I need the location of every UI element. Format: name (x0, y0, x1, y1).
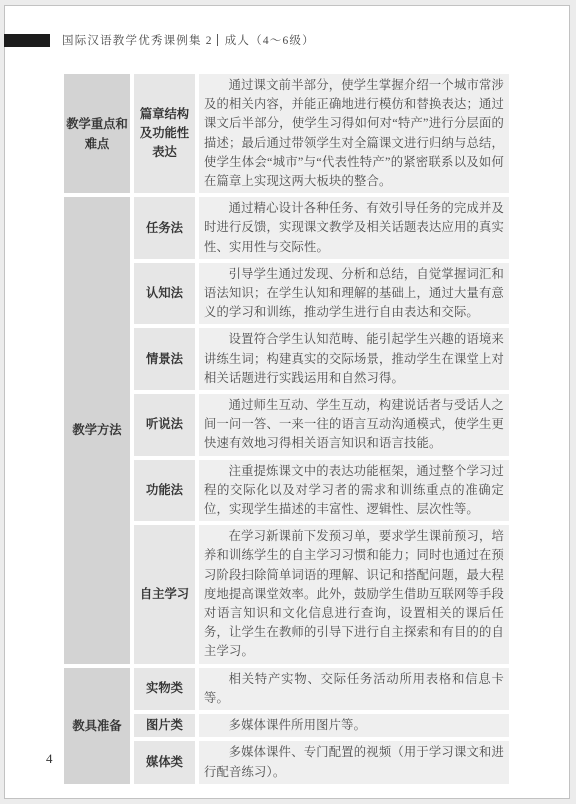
row-text-task-method: 通过精心设计各种任务、有效引导任务的完成并及时进行反馈，实现课文教学及相关话题表… (199, 197, 509, 259)
row-text-discourse-structure: 通过课文前半部分，使学生掌握介绍一个城市常涉及的相关内容，并能正确地进行模仿和替… (199, 74, 509, 193)
row-text-autonomous-learning: 在学习新课前下发预习单，要求学生课前预习，培养和训练学生的自主学习习惯和能力；同… (199, 525, 509, 663)
row-label-media: 媒体类 (134, 741, 195, 783)
header-divider (217, 34, 218, 46)
row-label-cognitive-method: 认知法 (134, 263, 195, 325)
row-paragraph: 设置符合学生认知范畴、能引起学生兴趣的语境来讲练生词；构建真实的交际场景，推动学… (204, 330, 504, 388)
section-teaching-focus-rows: 篇章结构及功能性表达 通过课文前半部分，使学生掌握介绍一个城市常涉及的相关内容，… (134, 74, 509, 193)
section-teaching-aids: 教具准备 实物类 相关特产实物、交际任务活动所用表格和信息卡等。 图片类 多媒体… (64, 668, 509, 784)
row-text-realia: 相关特产实物、交际任务活动所用表格和信息卡等。 (199, 668, 509, 710)
table-row: 实物类 相关特产实物、交际任务活动所用表格和信息卡等。 (134, 668, 509, 710)
row-text-media: 多媒体课件、专门配置的视频（用于学习课文和进行配音练习）。 (199, 741, 509, 783)
row-label-situational-method: 情景法 (134, 328, 195, 390)
row-paragraph: 注重提炼课文中的表达功能框架，通过整个学习过程的交际化以及对学习者的需求和训练重… (204, 462, 504, 520)
section-title-teaching-aids: 教具准备 (64, 668, 130, 784)
row-label-functional-method: 功能法 (134, 460, 195, 522)
row-paragraph: 通过课文前半部分，使学生掌握介绍一个城市常涉及的相关内容，并能正确地进行模仿和替… (204, 76, 504, 191)
row-label-realia: 实物类 (134, 668, 195, 710)
table-row: 篇章结构及功能性表达 通过课文前半部分，使学生掌握介绍一个城市常涉及的相关内容，… (134, 74, 509, 193)
row-text-functional-method: 注重提炼课文中的表达功能框架，通过整个学习过程的交际化以及对学习者的需求和训练重… (199, 460, 509, 522)
lesson-summary-table: 教学重点和难点 篇章结构及功能性表达 通过课文前半部分，使学生掌握介绍一个城市常… (64, 74, 509, 784)
row-label-pictures: 图片类 (134, 714, 195, 737)
row-label-discourse-structure: 篇章结构及功能性表达 (134, 74, 195, 193)
row-paragraph: 相关特产实物、交际任务活动所用表格和信息卡等。 (204, 670, 504, 708)
header-accent-bar (4, 34, 50, 47)
row-text-audiolingual-method: 通过师生互动、学生互动，构建说话者与受话人之间一问一答、一来一往的语言互动沟通模… (199, 394, 509, 456)
row-text-pictures: 多媒体课件所用图片等。 (199, 714, 509, 737)
row-paragraph: 多媒体课件、专门配置的视频（用于学习课文和进行配音练习）。 (204, 743, 504, 781)
section-title-teaching-focus: 教学重点和难点 (64, 74, 130, 193)
row-paragraph: 多媒体课件所用图片等。 (204, 716, 504, 735)
row-paragraph: 通过精心设计各种任务、有效引导任务的完成并及时进行反馈，实现课文教学及相关话题表… (204, 199, 504, 257)
row-paragraph: 通过师生互动、学生互动，构建说话者与受话人之间一问一答、一来一往的语言互动沟通模… (204, 396, 504, 454)
section-teaching-focus: 教学重点和难点 篇章结构及功能性表达 通过课文前半部分，使学生掌握介绍一个城市常… (64, 74, 509, 193)
table-row: 听说法 通过师生互动、学生互动，构建说话者与受话人之间一问一答、一来一往的语言互… (134, 394, 509, 456)
header-series-title: 国际汉语教学优秀课例集 2 (62, 32, 213, 48)
section-teaching-methods: 教学方法 任务法 通过精心设计各种任务、有效引导任务的完成并及时进行反馈，实现课… (64, 197, 509, 663)
row-label-task-method: 任务法 (134, 197, 195, 259)
table-row: 媒体类 多媒体课件、专门配置的视频（用于学习课文和进行配音练习）。 (134, 741, 509, 783)
row-label-autonomous-learning: 自主学习 (134, 525, 195, 663)
page-number: 4 (46, 751, 53, 767)
row-label-audiolingual-method: 听说法 (134, 394, 195, 456)
section-title-teaching-methods: 教学方法 (64, 197, 130, 663)
section-teaching-methods-rows: 任务法 通过精心设计各种任务、有效引导任务的完成并及时进行反馈，实现课文教学及相… (134, 197, 509, 663)
row-paragraph: 引导学生通过发现、分析和总结，自觉掌握词汇和语法知识；在学生认知和理解的基础上，… (204, 265, 504, 323)
table-row: 任务法 通过精心设计各种任务、有效引导任务的完成并及时进行反馈，实现课文教学及相… (134, 197, 509, 259)
table-row: 认知法 引导学生通过发现、分析和总结，自觉掌握词汇和语法知识；在学生认知和理解的… (134, 263, 509, 325)
table-row: 图片类 多媒体课件所用图片等。 (134, 714, 509, 737)
row-text-situational-method: 设置符合学生认知范畴、能引起学生兴趣的语境来讲练生词；构建真实的交际场景，推动学… (199, 328, 509, 390)
running-header: 国际汉语教学优秀课例集 2 成人（4～6级） (62, 31, 315, 48)
table-row: 功能法 注重提炼课文中的表达功能框架，通过整个学习过程的交际化以及对学习者的需求… (134, 460, 509, 522)
row-text-cognitive-method: 引导学生通过发现、分析和总结，自觉掌握词汇和语法知识；在学生认知和理解的基础上，… (199, 263, 509, 325)
section-teaching-aids-rows: 实物类 相关特产实物、交际任务活动所用表格和信息卡等。 图片类 多媒体课件所用图… (134, 668, 509, 784)
table-row: 情景法 设置符合学生认知范畴、能引起学生兴趣的语境来讲练生词；构建真实的交际场景… (134, 328, 509, 390)
scanned-page: 国际汉语教学优秀课例集 2 成人（4～6级） 教学重点和难点 篇章结构及功能性表… (4, 5, 570, 799)
row-paragraph: 在学习新课前下发预习单，要求学生课前预习，培养和训练学生的自主学习习惯和能力；同… (204, 527, 504, 661)
header-subtitle: 成人（4～6级） (225, 32, 315, 48)
table-row: 自主学习 在学习新课前下发预习单，要求学生课前预习，培养和训练学生的自主学习习惯… (134, 525, 509, 663)
